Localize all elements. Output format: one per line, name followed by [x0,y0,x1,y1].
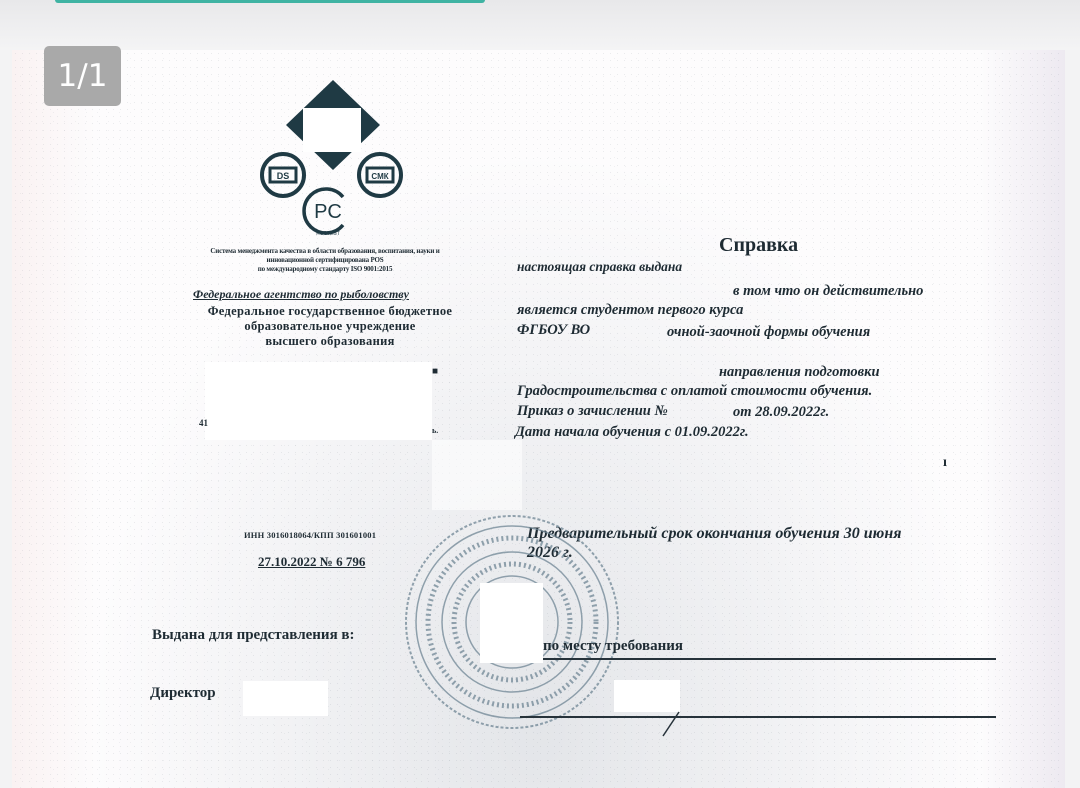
svg-text:СМК: СМК [371,172,388,181]
signature-stroke-icon [655,710,685,740]
certification-line: по международному стандарту ISO 9001:201… [160,265,490,274]
svg-text:ROSTEST: ROSTEST [316,231,340,237]
outgoing-reference: 27.10.2022 № 6 796 [258,554,365,570]
body-line: является студентом первого курса [517,302,743,319]
redacted-emblem [303,108,361,152]
address-tail: ь. [432,426,438,435]
signature-line [520,716,996,718]
redacted-director-name [243,681,328,716]
rostest-pc-icon: PC ROSTEST [304,189,343,237]
progress-indicator [55,0,485,3]
certification-text: Система менеджмента качества в области о… [160,247,490,274]
institution-line: образовательное учреждение [180,319,480,334]
certification-logo-cluster: DS СМК PC ROSTEST [248,75,418,245]
institution-line: Федеральное государственное бюджетное [180,304,480,319]
redacted-signature [614,680,680,712]
body-line: ФГБОУ ВО [517,322,590,339]
certification-line: Система менеджмента качества в области о… [160,247,490,256]
issued-for-label: Выдана для представления в: [152,627,355,644]
director-label: Директор [150,685,216,702]
redacted-address [205,362,432,440]
body-line: в том что он действительно [733,283,923,300]
body-line: Приказ о зачислении № [517,403,668,420]
ink-mark: ı [943,455,947,471]
certification-line: инновационной сертифицирована РОЅ [160,256,490,265]
body-line: настоящая справка выдана [517,259,682,275]
body-line: Градостроительства с оплатой стоимости о… [517,383,872,400]
svg-text:DS: DS [277,171,290,181]
issued-for-value: по месту требования [543,638,683,655]
viewer-top-bar [0,0,1080,50]
agency-name: Федеральное агентство по рыболовству [193,287,409,302]
address-mark: ■ [432,366,438,377]
redacted-block [432,440,522,510]
institution-name: Федеральное государственное бюджетное об… [180,304,480,349]
page-indicator: 1/1 [44,46,121,106]
ds-certification-icon: DS [262,154,304,196]
cmk-certification-icon: СМК [359,154,401,196]
body-line: очной-заочной формы обучения [667,324,870,341]
issued-for-underline [543,658,996,660]
registration-code: ИНН 3016018064/КПП 301601001 [244,530,376,540]
document-title: Справка [719,234,798,257]
body-line: Дата начала обучения с 01.09.2022г. [515,424,749,441]
redacted-stamp-center [480,583,543,663]
address-fragment: 41 [199,418,208,428]
body-line: направления подготовки [719,364,880,381]
svg-text:PC: PC [314,201,342,223]
body-line: от 28.09.2022г. [733,404,829,421]
institution-line: высшего образования [180,334,480,349]
